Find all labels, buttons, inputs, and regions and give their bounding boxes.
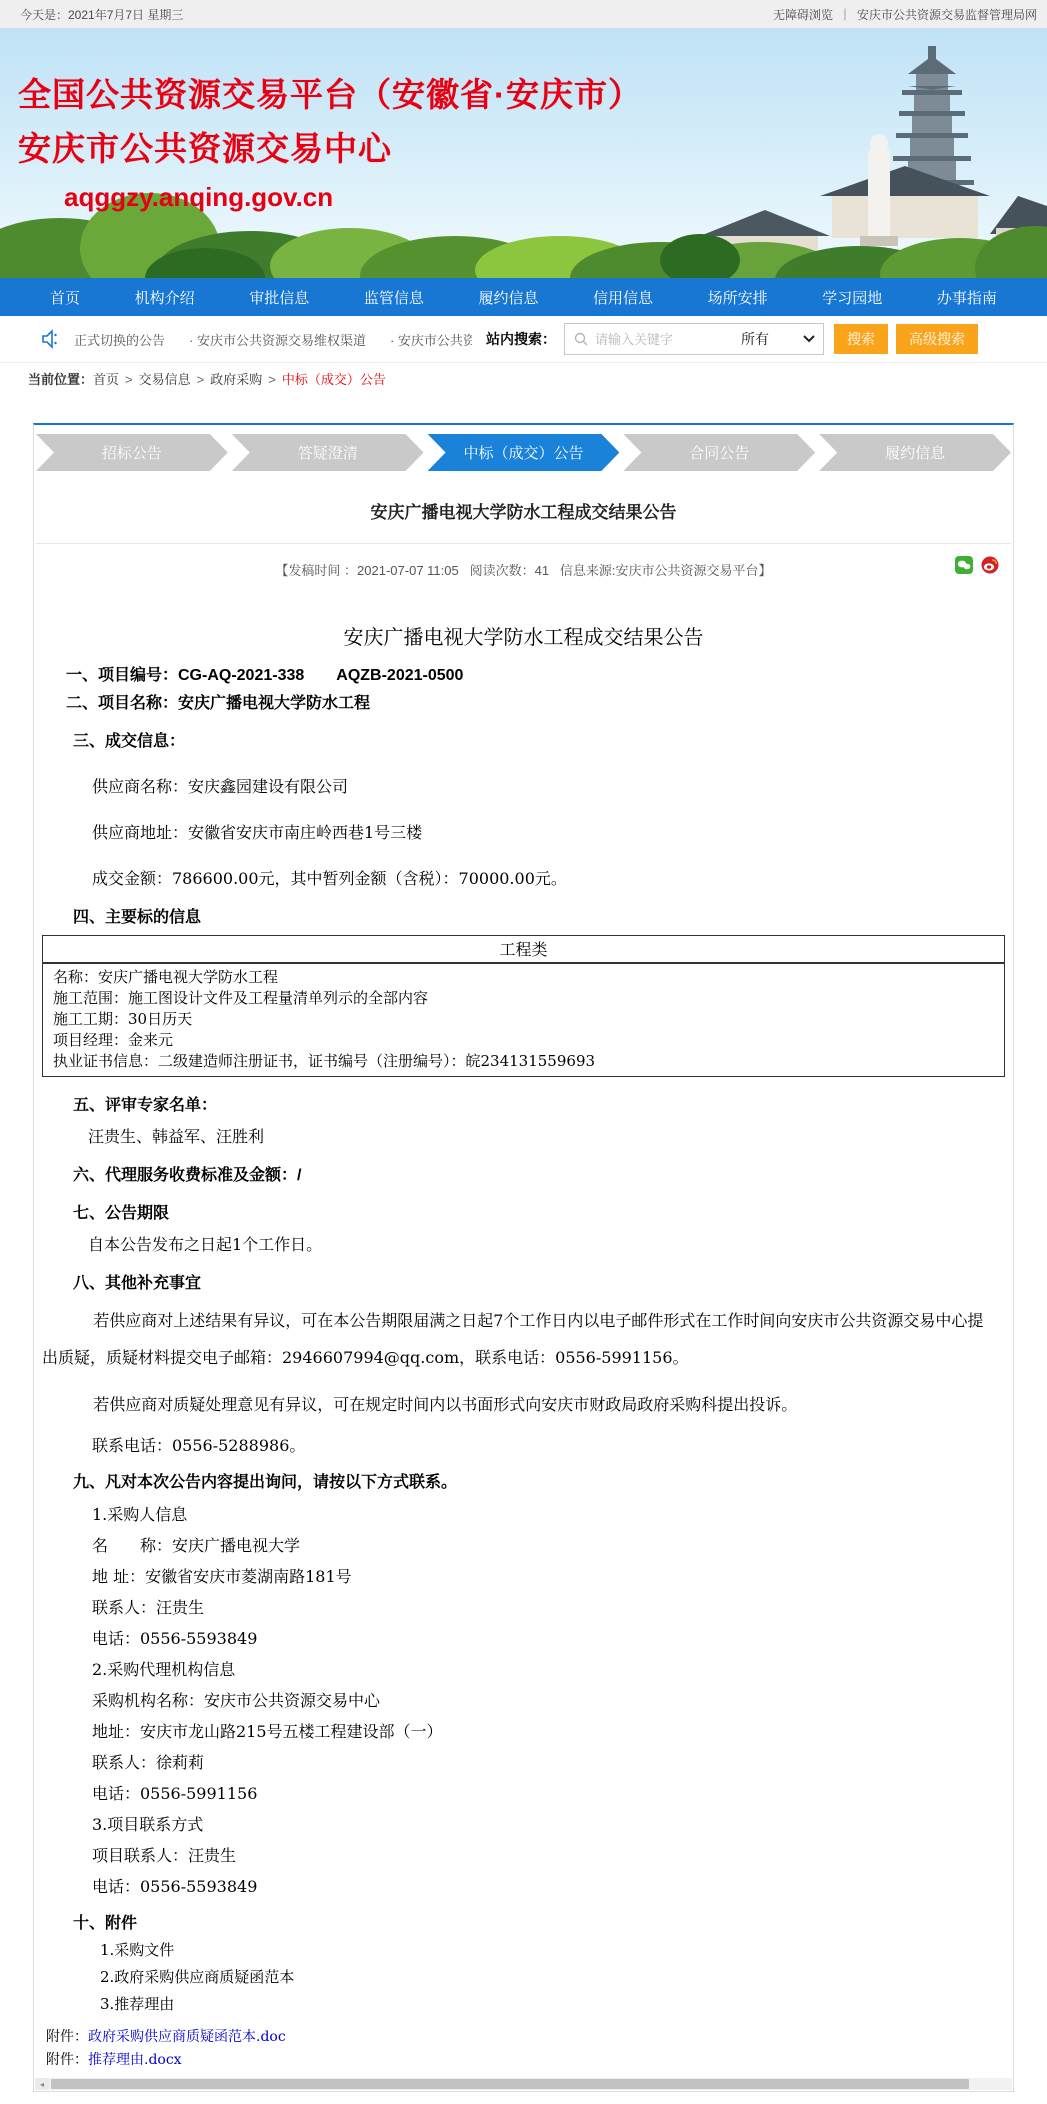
article-line: 供应商地址：安徽省安庆市南庄岭西巷1号三楼 <box>40 820 1007 843</box>
notice-link[interactable]: · 安庆市公共资源交易中 <box>390 330 472 349</box>
weibo-share-icon[interactable] <box>981 556 999 574</box>
breadcrumb-link[interactable]: 首页 <box>93 372 119 387</box>
article-line: 电话：0556-5991156 <box>40 1786 1007 1802</box>
article-line: 电话：0556-5593849 <box>40 1631 1007 1647</box>
search-category-value: 所有 <box>741 329 769 349</box>
content-box: 招标公告答疑澄清中标（成交）公告合同公告履约信息 安庆广播电视大学防水工程成交结… <box>33 423 1014 2092</box>
table-row: 执业证书信息：二级建造师注册证书，证书编号（注册编号）：皖23413155969… <box>43 1051 1004 1076</box>
attachment-link[interactable]: 推荐理由.docx <box>88 2049 182 2069</box>
chevron-down-icon <box>803 335 815 343</box>
breadcrumb-separator: > <box>268 372 276 387</box>
tab-item[interactable]: 招标公告 <box>36 434 228 471</box>
nav-item[interactable]: 信用信息 <box>593 287 653 308</box>
nav-item[interactable]: 监管信息 <box>364 287 424 308</box>
horizontal-scrollbar[interactable]: ◂ <box>35 2078 1012 2090</box>
subject-table-rows: 名称：安庆广播电视大学防水工程施工范围：施工图设计文件及工程量清单列示的全部内容… <box>43 967 1004 1076</box>
article-line: 1.采购文件 <box>40 1939 1007 1960</box>
search-button[interactable]: 搜索 <box>834 324 888 354</box>
article-section-top: 一、项目编号：CG-AQ-2021-338 AQZB-2021-0500二、项目… <box>40 662 1007 927</box>
supervision-site-link[interactable]: 安庆市公共资源交易监督管理局网 <box>857 6 1037 23</box>
article-line: 1.采购人信息 <box>40 1507 1007 1523</box>
banner-text: 全国公共资源交易平台（安徽省·安庆市） 安庆市公共资源交易中心 aqggzy.a… <box>18 68 642 218</box>
article-line: 汪贵生、韩益军、汪胜利 <box>40 1124 1007 1147</box>
banner-site-url: aqggzy.anqing.gov.cn <box>64 176 642 218</box>
search-magnifier-icon <box>573 331 589 347</box>
article-line: 联系人：徐莉莉 <box>40 1755 1007 1771</box>
article-line: 一、项目编号：CG-AQ-2021-338 AQZB-2021-0500 <box>40 662 1007 685</box>
subject-table: 工程类 名称：安庆广播电视大学防水工程施工范围：施工图设计文件及工程量清单列示的… <box>42 935 1005 1077</box>
article-line: 3.推荐理由 <box>40 1993 1007 2014</box>
article-meta: 【发稿时间 ：2021-07-07 11:05 阅读次数：41 信息来源:安庆市… <box>34 544 1013 587</box>
article-line: 三、成交信息： <box>40 728 1007 751</box>
wechat-share-icon[interactable] <box>955 556 973 574</box>
tab-active[interactable]: 中标（成交）公告 <box>428 434 620 471</box>
article-line: 自本公告发布之日起1个工作日。 <box>40 1232 1007 1255</box>
notice-link[interactable]: · 安庆市公共资源交易维权渠道 <box>189 330 366 349</box>
subject-table-header: 工程类 <box>43 936 1004 964</box>
site-search-input[interactable] <box>593 331 733 348</box>
top-bar: 今天是：2021年7月7日 星期三 无障碍浏览 ｜ 安庆市公共资源交易监督管理局… <box>0 0 1047 28</box>
article-line: 二、项目名称：安庆广播电视大学防水工程 <box>40 690 1007 713</box>
search-category-select[interactable]: 所有 <box>733 329 823 349</box>
category-tabs: 招标公告答疑澄清中标（成交）公告合同公告履约信息 <box>34 434 1013 471</box>
nav-item[interactable]: 办事指南 <box>937 287 997 308</box>
advanced-search-button[interactable]: 高级搜索 <box>896 324 978 354</box>
article-line: 电话：0556-5593849 <box>40 1879 1007 1895</box>
attachment-row: 附件：政府采购供应商质疑函范本.doc <box>46 2024 1013 2047</box>
table-row: 名称：安庆广播电视大学防水工程 <box>43 967 1004 988</box>
speaker-icon <box>40 329 62 349</box>
search-box: 所有 <box>564 323 824 355</box>
article-line: 地 址：安徽省安庆市菱湖南路181号 <box>40 1569 1007 1585</box>
nav-item[interactable]: 机构介绍 <box>135 287 195 308</box>
article-line: 地址：安庆市龙山路215号五楼工程建设部（一） <box>40 1724 1007 1740</box>
scrollbar-left-arrow[interactable]: ◂ <box>35 2078 49 2090</box>
breadcrumb-current: 中标（成交）公告 <box>282 369 386 388</box>
nav-item[interactable]: 首页 <box>50 287 80 308</box>
article-line: 八、其他补充事宜 <box>40 1270 1007 1293</box>
breadcrumb-link[interactable]: 交易信息 <box>139 372 191 387</box>
article-section-bottom: 五、评审专家名单：汪贵生、韩益军、汪胜利六、代理服务收费标准及金额：/七、公告期… <box>40 1092 1007 2014</box>
banner-title-line1: 全国公共资源交易平台（安徽省·安庆市） <box>18 68 642 122</box>
breadcrumb-separator: > <box>125 372 133 387</box>
meta-time: 2021-07-07 11:05 <box>357 563 459 578</box>
meta-source: 安庆市公共资源交易平台 <box>616 563 759 578</box>
article-body: 安庆广播电视大学防水工程成交结果公告 一、项目编号：CG-AQ-2021-338… <box>34 587 1013 2014</box>
accessibility-link[interactable]: 无障碍浏览 <box>773 6 833 23</box>
current-date: 今天是：2021年7月7日 星期三 <box>20 6 183 23</box>
main-nav: 首页机构介绍审批信息监管信息履约信息信用信息场所安排学习园地办事指南 <box>0 278 1047 316</box>
meta-source-label: 信息来源: <box>560 563 616 578</box>
nav-item[interactable]: 履约信息 <box>478 287 538 308</box>
meta-time-label: 【发稿时间 ： <box>275 563 357 578</box>
article-line: 2.政府采购供应商质疑函范本 <box>40 1966 1007 1987</box>
site-banner: 全国公共资源交易平台（安徽省·安庆市） 安庆市公共资源交易中心 aqggzy.a… <box>0 28 1047 278</box>
share-icons <box>955 556 999 574</box>
attachment-label: 附件： <box>46 2026 88 2046</box>
article-line: 九、凡对本次公告内容提出询问，请按以下方式联系。 <box>40 1469 1007 1492</box>
meta-close: 】 <box>759 563 772 578</box>
attachment-row: 附件：推荐理由.docx <box>46 2047 1013 2070</box>
attachment-link[interactable]: 政府采购供应商质疑函范本.doc <box>88 2026 286 2046</box>
article-line: 成交金额：786600.00元，其中暂列金额（含税）：70000.00元。 <box>40 866 1007 889</box>
meta-views: 41 <box>535 563 549 578</box>
tab-item[interactable]: 答疑澄清 <box>232 434 424 471</box>
attachment-label: 附件： <box>46 2049 88 2069</box>
site-search-label: 站内搜索： <box>486 329 556 349</box>
article-line: 联系电话：0556-5288986。 <box>40 1438 1007 1454</box>
notice-links: 正式切换的公告· 安庆市公共资源交易维权渠道· 安庆市公共资源交易中 <box>74 330 472 349</box>
article-line: 联系人：汪贵生 <box>40 1600 1007 1616</box>
notice-link[interactable]: 正式切换的公告 <box>74 330 165 349</box>
banner-title-line2: 安庆市公共资源交易中心 <box>18 122 642 176</box>
article-inner-title: 安庆广播电视大学防水工程成交结果公告 <box>40 621 1007 650</box>
article-line: 五、评审专家名单： <box>40 1092 1007 1115</box>
article-line: 若供应商对上述结果有异议，可在本公告期限届满之日起7个工作日内以电子邮件形式在工… <box>40 1303 1007 1377</box>
tab-item[interactable]: 履约信息 <box>819 434 1011 471</box>
table-row: 施工工期：30日历天 <box>43 1009 1004 1030</box>
top-bar-links: 无障碍浏览 ｜ 安庆市公共资源交易监督管理局网 <box>773 6 1037 23</box>
breadcrumb-link[interactable]: 政府采购 <box>210 372 262 387</box>
article-line: 十、附件 <box>40 1910 1007 1933</box>
attachments: 附件：政府采购供应商质疑函范本.doc附件：推荐理由.docx <box>46 2024 1013 2070</box>
scrollbar-thumb[interactable] <box>51 2079 969 2089</box>
nav-item[interactable]: 审批信息 <box>249 287 309 308</box>
tab-item[interactable]: 合同公告 <box>623 434 815 471</box>
article-line: 项目联系人：汪贵生 <box>40 1848 1007 1864</box>
article-line: 六、代理服务收费标准及金额：/ <box>40 1162 1007 1185</box>
nav-item[interactable]: 场所安排 <box>708 287 768 308</box>
article-line: 名 称：安庆广播电视大学 <box>40 1538 1007 1554</box>
top-bar-divider: ｜ <box>839 6 851 23</box>
breadcrumb-label: 当前位置： <box>28 369 93 388</box>
article-line: 若供应商对质疑处理意见有异议，可在规定时间内以书面形式向安庆市财政局政府采购科提… <box>40 1387 1007 1424</box>
article-line: 七、公告期限 <box>40 1200 1007 1223</box>
breadcrumb-separator: > <box>197 372 205 387</box>
breadcrumb-items: 首页>交易信息>政府采购> <box>93 369 282 388</box>
article-line: 2.采购代理机构信息 <box>40 1662 1007 1678</box>
table-row: 施工范围：施工图设计文件及工程量清单列示的全部内容 <box>43 988 1004 1009</box>
notice-search-bar: 正式切换的公告· 安庆市公共资源交易维权渠道· 安庆市公共资源交易中 站内搜索：… <box>0 316 1047 363</box>
nav-item[interactable]: 学习园地 <box>822 287 882 308</box>
article-line: 四、主要标的信息 <box>40 904 1007 927</box>
article-line: 采购机构名称：安庆市公共资源交易中心 <box>40 1693 1007 1709</box>
page-title: 安庆广播电视大学防水工程成交结果公告 <box>34 498 1013 523</box>
article-line: 3.项目联系方式 <box>40 1817 1007 1833</box>
article-line: 供应商名称：安庆鑫园建设有限公司 <box>40 774 1007 797</box>
meta-views-label: 阅读次数： <box>470 563 535 578</box>
breadcrumb: 当前位置： 首页>交易信息>政府采购> 中标（成交）公告 <box>0 363 1047 394</box>
table-row: 项目经理：金来元 <box>43 1030 1004 1051</box>
